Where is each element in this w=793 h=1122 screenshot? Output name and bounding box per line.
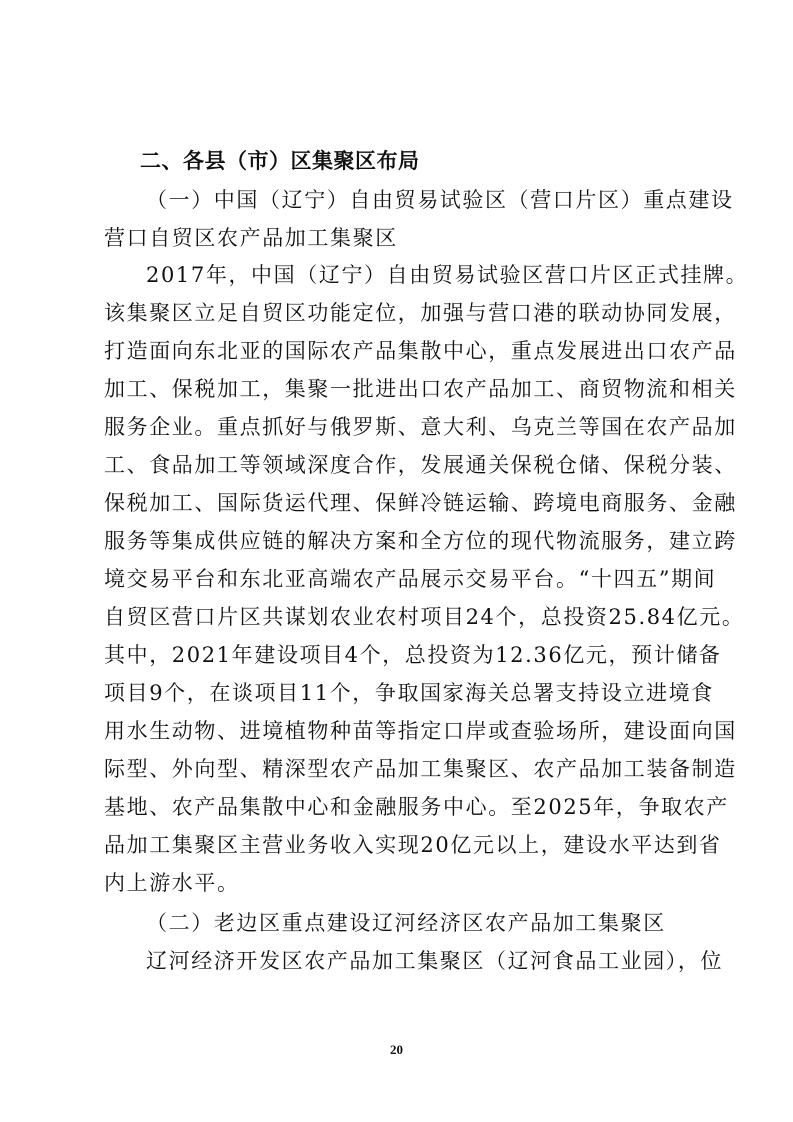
subsection-title-2: （二）老边区重点建设辽河经济区农产品加工集聚区	[146, 910, 690, 936]
subsection-title-1-line-2: 营口自贸区农产品加工集聚区	[104, 225, 690, 251]
paragraph-line: 品加工集聚区主营业务收入实现20亿元以上，建设水平达到省	[104, 832, 690, 858]
paragraph-line: 用水生动物、进境植物种苗等指定口岸或查验场所，建设面向国	[104, 718, 690, 744]
paragraph-line: 其中，2021年建设项目4个，总投资为12.36亿元，预计储备	[104, 642, 690, 668]
paragraph-line: 辽河经济开发区农产品加工集聚区（辽河食品工业园），位	[146, 948, 690, 974]
paragraph-line: 服务企业。重点抓好与俄罗斯、意大利、乌克兰等国在农产品加	[104, 414, 690, 440]
paragraph-line: 自贸区营口片区共谋划农业农村项目24个，总投资25.84亿元。	[104, 604, 690, 630]
paragraph-line: 保税加工、国际货运代理、保鲜冷链运输、跨境电商服务、金融	[104, 490, 690, 516]
paragraph-line: 打造面向东北亚的国际农产品集散中心，重点发展进出口农产品	[104, 338, 690, 364]
document-page: 二、各县（市）区集聚区布局 （一）中国（辽宁）自由贸易试验区（营口片区）重点建设…	[0, 0, 793, 1122]
paragraph-line: 际型、外向型、精深型农产品加工集聚区、农产品加工装备制造	[104, 756, 690, 782]
paragraph-line: 加工、保税加工，集聚一批进出口农产品加工、商贸物流和相关	[104, 376, 690, 402]
paragraph-line: 2017年，中国（辽宁）自由贸易试验区营口片区正式挂牌。	[146, 262, 690, 288]
paragraph-line: 基地、农产品集散中心和金融服务中心。至2025年，争取农产	[104, 794, 690, 820]
paragraph-line: 该集聚区立足自贸区功能定位，加强与营口港的联动协同发展，	[104, 300, 690, 326]
paragraph-line: 内上游水平。	[104, 870, 690, 896]
paragraph-line: 项目9个，在谈项目11个，争取国家海关总署支持设立进境食	[104, 680, 690, 706]
paragraph-line: 服务等集成供应链的解决方案和全方位的现代物流服务，建立跨	[104, 528, 690, 554]
paragraph-line: 工、食品加工等领域深度合作，发展通关保税仓储、保税分装、	[104, 452, 690, 478]
page-number: 20	[0, 1042, 793, 1058]
subsection-title-1-line-1: （一）中国（辽宁）自由贸易试验区（营口片区）重点建设	[146, 187, 690, 213]
paragraph-line: 境交易平台和东北亚高端农产品展示交易平台。“十四五”期间	[104, 566, 690, 592]
section-heading: 二、各县（市）区集聚区布局	[140, 148, 726, 174]
